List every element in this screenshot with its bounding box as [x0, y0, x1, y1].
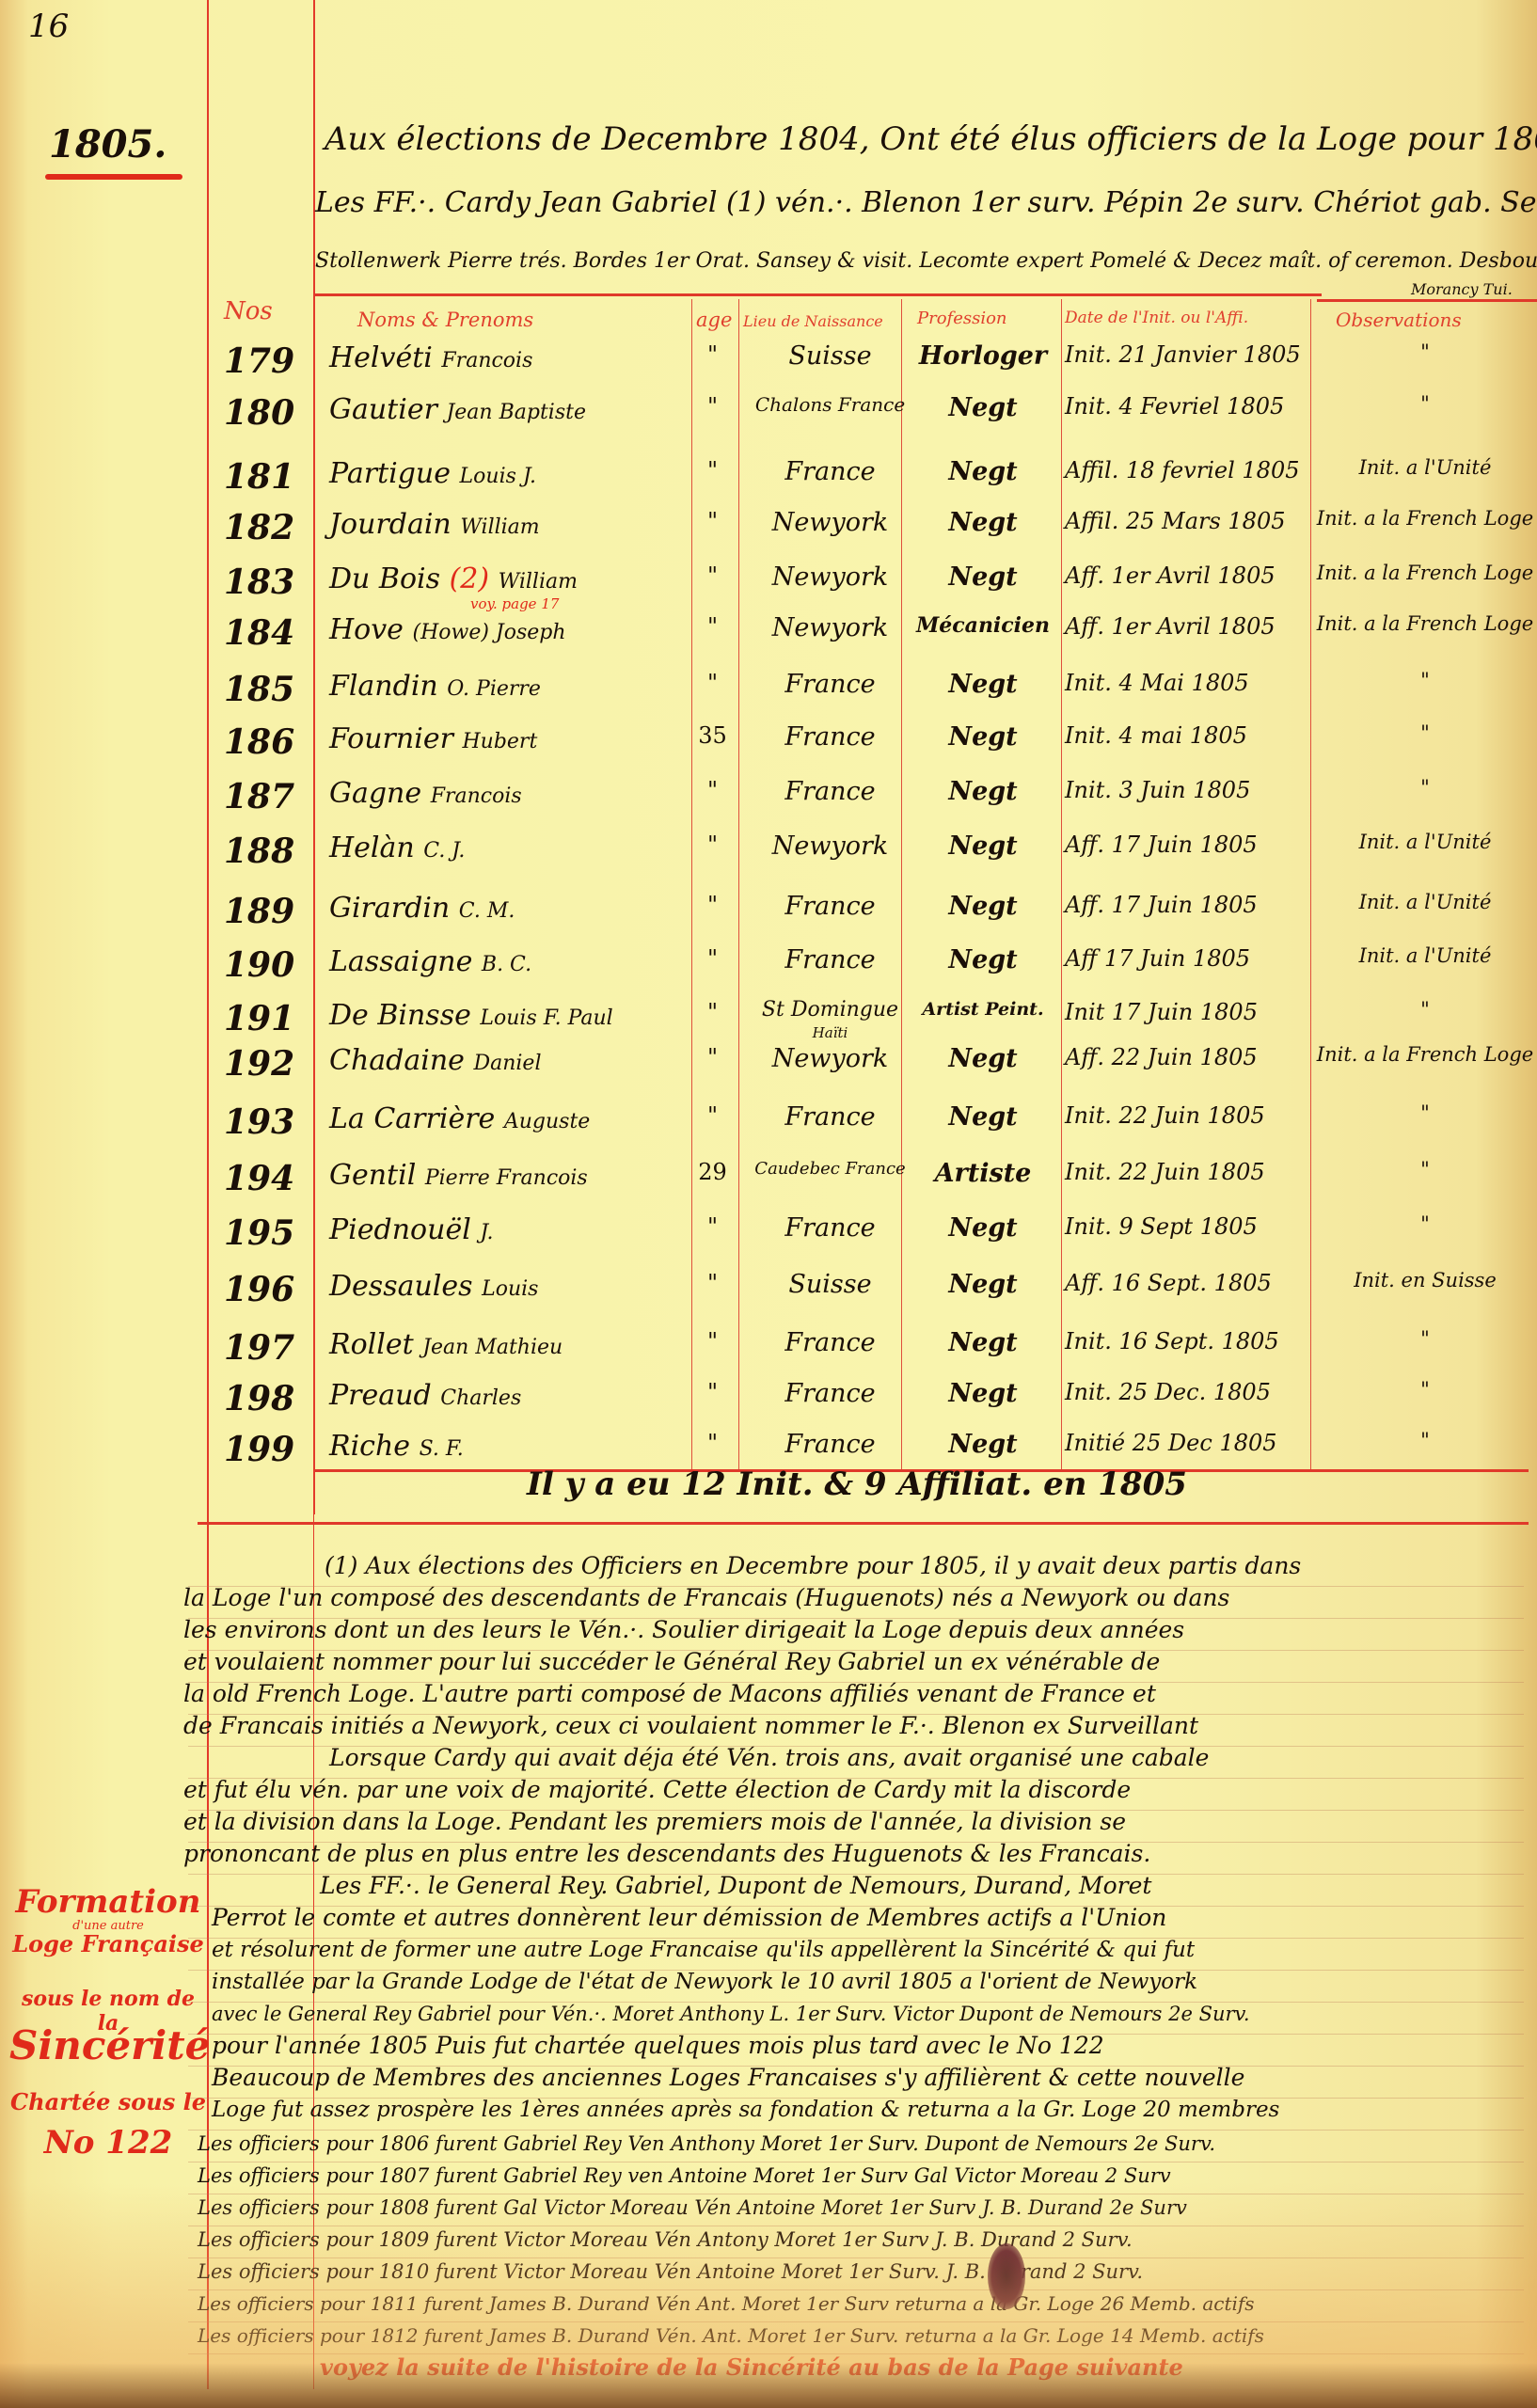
member-birthplace: Newyork	[748, 613, 912, 642]
member-observation: Init. en Suisse	[1313, 1270, 1537, 1291]
member-name: Piednouël J.	[329, 1213, 493, 1246]
member-number: 187	[224, 777, 309, 816]
member-birthplace: Suisse	[748, 1270, 912, 1299]
heading-line-3: Stollenwerk Pierre trés. Bordes 1er Orat…	[315, 249, 1537, 273]
margin-note-line: Formation	[9, 1883, 207, 1921]
member-number: 195	[224, 1213, 309, 1253]
member-number: 179	[224, 341, 309, 381]
member-birthplace: Suisse	[748, 341, 912, 371]
surname: Gentil	[329, 1159, 416, 1192]
member-profession: Horloger	[908, 341, 1058, 371]
member-date: Init. 4 mai 1805	[1065, 722, 1247, 749]
surname: Jourdain	[329, 508, 452, 541]
member-observation: "	[1313, 670, 1537, 690]
surname: Hove	[329, 613, 404, 646]
officers-line-1807: Les officiers pour 1807 furent Gabriel R…	[198, 2160, 1537, 2192]
member-observation: Init. a la French Loge	[1313, 1044, 1537, 1065]
table-top-rule-right	[1317, 299, 1537, 302]
member-number: 181	[224, 457, 309, 497]
member-observation: "	[1313, 777, 1537, 798]
heading-line-2: Les FF.·. Cardy Jean Gabriel (1) vén.·. …	[315, 186, 1537, 219]
member-profession: Negt	[908, 562, 1058, 592]
member-age: "	[691, 945, 734, 972]
given-name: Daniel	[473, 1052, 541, 1075]
member-name: Chadaine Daniel	[329, 1044, 541, 1077]
footnote-line: Beaucoup de Membres des anciennes Loges …	[212, 2062, 1537, 2094]
member-observation: "	[1313, 1430, 1537, 1450]
page-number: 16	[28, 8, 69, 45]
member-age: "	[691, 613, 734, 640]
table-row: 179 Helvéti Francois " Suisse Horloger I…	[207, 341, 1537, 388]
given-name: Louis J.	[460, 465, 536, 488]
member-birthplace: St DomingueHaïti	[748, 999, 912, 1044]
birthplace-sub: Haïti	[748, 1022, 912, 1044]
ledger-page: 16 1805. Aux élections de Decembre 1804,…	[0, 0, 1537, 2408]
member-number: 182	[224, 508, 309, 547]
member-name: Dessaules Louis	[329, 1270, 538, 1303]
given-name: (Howe) Joseph	[412, 621, 565, 644]
table-row: 181 Partigue Louis J. " France Negt Affi…	[207, 457, 1537, 504]
given-name: Francois	[431, 784, 522, 808]
member-name: Preaud Charles	[329, 1379, 521, 1412]
member-birthplace: France	[748, 1213, 912, 1243]
year-underline	[45, 174, 182, 180]
surname: Helvéti	[329, 341, 433, 374]
member-number: 191	[224, 999, 309, 1038]
member-date: Aff. 17 Juin 1805	[1065, 832, 1258, 858]
given-name: William	[460, 515, 539, 539]
member-age: 35	[691, 722, 734, 749]
member-profession: Negt	[908, 508, 1058, 537]
member-profession: Negt	[908, 722, 1058, 752]
surname: Rollet	[329, 1328, 414, 1361]
member-date: Aff. 17 Juin 1805	[1065, 892, 1258, 918]
member-name: Hove (Howe) Joseph	[329, 613, 566, 646]
table-row: 196 Dessaules Louis " Suisse Negt Aff. 1…	[207, 1270, 1537, 1317]
given-name: J.	[480, 1221, 493, 1244]
member-number: 186	[224, 722, 309, 762]
table-row: 195 Piednouël J. " France Negt Init. 9 S…	[207, 1213, 1537, 1260]
given-name: Francois	[441, 349, 532, 372]
footnote-line: de Francais initiés a Newyork, ceux ci v…	[183, 1710, 1529, 1742]
member-birthplace: Newyork	[748, 508, 912, 537]
member-observation: Init. a l'Unité	[1313, 832, 1537, 852]
member-name: Helàn C. J.	[329, 832, 465, 864]
member-profession: Negt	[908, 457, 1058, 486]
member-date: Affil. 25 Mars 1805	[1065, 508, 1286, 534]
member-age: 29	[691, 1159, 734, 1185]
member-date: Aff. 1er Avril 1805	[1065, 562, 1276, 589]
table-row: 193 La Carrière Auguste " France Negt In…	[207, 1102, 1537, 1149]
continuation-note: voyez la suite de l'histoire de la Sincé…	[320, 2352, 1537, 2384]
margin-note-charter-number: No 122	[9, 2124, 207, 2162]
member-age: "	[691, 892, 734, 918]
member-profession: Negt	[908, 670, 1058, 699]
member-birthplace: Newyork	[748, 562, 912, 592]
member-observation: "	[1313, 1159, 1537, 1180]
footnote-line: et résolurent de former une autre Loge F…	[212, 1934, 1537, 1966]
member-observation: "	[1313, 341, 1537, 362]
member-number: 194	[224, 1159, 309, 1198]
member-age: "	[691, 457, 734, 483]
table-top-rule	[315, 293, 1322, 296]
given-name: Hubert	[462, 730, 537, 753]
surname: Gautier	[329, 393, 437, 426]
member-observation: Init. a la French Loge	[1313, 562, 1537, 583]
member-observation: "	[1313, 1379, 1537, 1400]
given-name: B. C.	[482, 953, 531, 976]
given-name: C. M.	[459, 899, 515, 923]
member-age: "	[691, 1102, 734, 1129]
table-row: 188 Helàn C. J. " Newyork Negt Aff. 17 J…	[207, 832, 1537, 879]
member-name: Lassaigne B. C.	[329, 945, 531, 978]
member-age: "	[691, 508, 734, 534]
table-row: 183 Du Bois (2) Williamvoy. page 17 " Ne…	[207, 562, 1537, 610]
member-observation: "	[1313, 722, 1537, 743]
member-age: "	[691, 832, 734, 858]
member-date: Init. 22 Juin 1805	[1065, 1102, 1265, 1129]
footnote-line: installée par la Grande Lodge de l'état …	[212, 1966, 1537, 1998]
member-birthplace: France	[748, 1328, 912, 1357]
member-number: 190	[224, 945, 309, 985]
surname: Girardin	[329, 892, 450, 925]
table-row: 190 Lassaigne B. C. " France Negt Aff 17…	[207, 945, 1537, 992]
member-age: "	[691, 670, 734, 696]
col-header-names: Noms & Prenoms	[357, 309, 533, 331]
member-date: Aff 17 Juin 1805	[1065, 945, 1250, 972]
col-header-observations: Observations	[1336, 309, 1462, 331]
heading-line-1: Aux élections de Decembre 1804, Ont été …	[325, 120, 1537, 158]
given-name: Jean Baptiste	[446, 401, 586, 424]
surname: Partigue	[329, 457, 451, 490]
surname: Fournier	[329, 722, 453, 755]
footnote-line: et voulaient nommer pour lui succéder le…	[183, 1646, 1529, 1678]
member-date: Affil. 18 fevriel 1805	[1065, 457, 1300, 483]
member-birthplace: Newyork	[748, 832, 912, 861]
footnote-line: pour l'année 1805 Puis fut chartée quelq…	[212, 2030, 1537, 2062]
given-name: Louis	[482, 1277, 538, 1301]
heading-line-3-extra: Morancy Tui.	[1411, 280, 1513, 298]
footnote-line: prononcant de plus en plus entre les des…	[183, 1838, 1529, 1870]
officers-line-1811: Les officiers pour 1811 furent James B. …	[198, 2288, 1537, 2320]
member-profession: Negt	[908, 777, 1058, 806]
member-profession: Negt	[908, 1044, 1058, 1073]
member-number: 196	[224, 1270, 309, 1309]
member-date: Initié 25 Dec 1805	[1065, 1430, 1277, 1456]
member-number: 185	[224, 670, 309, 709]
footnote-line: et la division dans la Loge. Pendant les…	[183, 1806, 1529, 1838]
member-profession: Negt	[908, 1270, 1058, 1299]
member-name: Rollet Jean Mathieu	[329, 1328, 563, 1361]
member-profession: Negt	[908, 1379, 1058, 1408]
given-name: Charles	[440, 1386, 521, 1410]
member-observation: "	[1313, 1328, 1537, 1349]
member-date: Aff. 22 Juin 1805	[1065, 1044, 1258, 1070]
surname: Preaud	[329, 1379, 432, 1412]
member-profession: Negt	[908, 832, 1058, 861]
member-observation: Init. a la French Loge	[1313, 508, 1537, 529]
member-profession: Artist Peint.	[908, 999, 1058, 1020]
table-row: 191 De Binsse Louis F. Paul " St Domingu…	[207, 999, 1537, 1046]
summary-bottom-rule	[198, 1522, 1529, 1525]
surname: Helàn	[329, 832, 415, 864]
given-name: Jean Mathieu	[422, 1336, 563, 1359]
footnote-line: avec le General Rey Gabriel pour Vén.·. …	[212, 1998, 1537, 2030]
member-name: De Binsse Louis F. Paul	[329, 999, 613, 1032]
member-observation: "	[1313, 1213, 1537, 1234]
member-date: Init. 22 Juin 1805	[1065, 1159, 1265, 1185]
member-name: Flandin O. Pierre	[329, 670, 541, 703]
table-row: 198 Preaud Charles " France Negt Init. 2…	[207, 1379, 1537, 1426]
member-profession: Artiste	[908, 1159, 1058, 1188]
table-row: 184 Hove (Howe) Joseph " Newyork Mécanic…	[207, 613, 1537, 660]
member-observation: "	[1313, 1102, 1537, 1123]
surname: Riche	[329, 1430, 410, 1463]
table-row: 197 Rollet Jean Mathieu " France Negt In…	[207, 1328, 1537, 1375]
given-name: William	[499, 570, 578, 594]
table-row: 180 Gautier Jean Baptiste " Chalons Fran…	[207, 393, 1537, 440]
surname: Dessaules	[329, 1270, 473, 1303]
member-date: Init. 25 Dec. 1805	[1065, 1379, 1271, 1405]
member-number: 193	[224, 1102, 309, 1142]
member-birthplace: France	[748, 1430, 912, 1459]
col-header-birthplace: Lieu de Naissance	[743, 312, 883, 330]
member-number: 188	[224, 832, 309, 871]
member-age: "	[691, 1328, 734, 1354]
table-row: 189 Girardin C. M. " France Negt Aff. 17…	[207, 892, 1537, 939]
given-name: S. F.	[420, 1437, 464, 1461]
col-header-profession: Profession	[917, 309, 1007, 328]
surname: La Carrière	[329, 1102, 495, 1135]
member-profession: Negt	[908, 393, 1058, 422]
member-number: 197	[224, 1328, 309, 1368]
member-birthplace: France	[748, 892, 912, 921]
footnote-line: Loge fut assez prospère les 1ères années…	[212, 2094, 1537, 2126]
member-age: "	[691, 1044, 734, 1070]
member-profession: Negt	[908, 1430, 1058, 1459]
table-row: 194 Gentil Pierre Francois 29 Caudebec F…	[207, 1159, 1537, 1206]
page-reference: voy. page 17	[470, 595, 578, 612]
member-name: Gentil Pierre Francois	[329, 1159, 588, 1192]
member-name: Riche S. F.	[329, 1430, 464, 1463]
member-age: "	[691, 1213, 734, 1240]
member-birthplace: France	[748, 722, 912, 752]
member-observation: "	[1313, 999, 1537, 1020]
member-birthplace: France	[748, 1102, 912, 1132]
member-age: "	[691, 1430, 734, 1456]
member-date: Init. 4 Mai 1805	[1065, 670, 1249, 696]
member-birthplace: France	[748, 457, 912, 486]
officers-line-1809: Les officiers pour 1809 furent Victor Mo…	[198, 2224, 1537, 2256]
margin-note-name: Sincérité	[9, 2022, 207, 2068]
given-name: Pierre Francois	[425, 1166, 588, 1190]
officers-line-1808: Les officiers pour 1808 furent Gal Victo…	[198, 2192, 1537, 2224]
member-number: 198	[224, 1379, 309, 1418]
member-profession: Mécanicien	[908, 613, 1058, 638]
member-number: 183	[224, 562, 309, 602]
margin-note-line: Chartée sous le	[9, 2088, 207, 2115]
surname: Flandin	[329, 670, 438, 703]
member-name: Girardin C. M.	[329, 892, 515, 925]
footnote-line: (1) Aux élections des Officiers en Decem…	[325, 1550, 1537, 1582]
member-name: Fournier Hubert	[329, 722, 537, 755]
member-birthplace: Chalons France	[748, 393, 912, 416]
surname: Gagne	[329, 777, 421, 810]
member-birthplace: France	[748, 670, 912, 699]
given-name: O. Pierre	[447, 677, 541, 701]
member-observation: Init. a l'Unité	[1313, 892, 1537, 912]
member-name: Helvéti Francois	[329, 341, 532, 374]
member-date: Init. 16 Sept. 1805	[1065, 1328, 1279, 1354]
member-age: "	[691, 1379, 734, 1405]
member-age: "	[691, 999, 734, 1025]
member-observation: "	[1313, 393, 1537, 414]
surname: Chadaine	[329, 1044, 465, 1077]
member-number: 180	[224, 393, 309, 433]
member-name: Du Bois (2) Williamvoy. page 17	[329, 562, 578, 612]
member-name: La Carrière Auguste	[329, 1102, 590, 1135]
member-profession: Negt	[908, 1102, 1058, 1132]
officers-line-1806: Les officiers pour 1806 furent Gabriel R…	[198, 2128, 1537, 2160]
member-birthplace: Newyork	[748, 1044, 912, 1073]
member-age: "	[691, 393, 734, 420]
table-row: 186 Fournier Hubert 35 France Negt Init.…	[207, 722, 1537, 769]
member-name: Gagne Francois	[329, 777, 522, 810]
birthplace-main: St Domingue	[762, 998, 898, 1022]
footnote-line: Les FF.·. le General Rey. Gabriel, Dupon…	[320, 1870, 1537, 1902]
footnote-line: la old French Loge. L'autre parti compos…	[183, 1678, 1529, 1710]
member-number: 184	[224, 613, 309, 653]
given-name: Auguste	[504, 1110, 590, 1133]
table-row: 182 Jourdain William " Newyork Negt Affi…	[207, 508, 1537, 555]
yearly-summary: Il y a eu 12 Init. & 9 Affiliat. en 1805	[527, 1465, 1187, 1503]
member-observation: Init. a l'Unité	[1313, 945, 1537, 966]
footnote-line: Perrot le comte et autres donnèrent leur…	[212, 1902, 1537, 1934]
member-age: "	[691, 1270, 734, 1296]
ink-stain	[988, 2243, 1025, 2309]
member-observation: Init. a la French Loge	[1313, 613, 1537, 634]
member-observation: Init. a l'Unité	[1313, 457, 1537, 478]
member-age: "	[691, 777, 734, 803]
member-age: "	[691, 562, 734, 589]
col-header-date: Date de l'Init. ou l'Affi.	[1065, 309, 1248, 327]
member-profession: Negt	[908, 892, 1058, 921]
member-profession: Negt	[908, 1213, 1058, 1243]
surname: Piednouël	[329, 1213, 471, 1246]
table-row: 192 Chadaine Daniel " Newyork Negt Aff. …	[207, 1044, 1537, 1091]
member-date: Init. 9 Sept 1805	[1065, 1213, 1258, 1240]
table-row: 187 Gagne Francois " France Negt Init. 3…	[207, 777, 1537, 824]
footnote-marker: (2)	[450, 562, 490, 595]
member-name: Partigue Louis J.	[329, 457, 536, 490]
footnote-line: la Loge l'un composé des descendants de …	[183, 1582, 1529, 1614]
member-name: Jourdain William	[329, 508, 540, 541]
footnote-line: Lorsque Cardy qui avait déja été Vén. tr…	[329, 1742, 1537, 1774]
surname: Du Bois	[329, 562, 440, 595]
member-date: Init 17 Juin 1805	[1065, 999, 1258, 1025]
member-birthplace: Caudebec France	[748, 1159, 912, 1179]
member-date: Init. 21 Janvier 1805	[1065, 341, 1301, 368]
member-name: Gautier Jean Baptiste	[329, 393, 586, 426]
member-date: Init. 4 Fevriel 1805	[1065, 393, 1284, 420]
surname: Lassaigne	[329, 945, 472, 978]
member-date: Init. 3 Juin 1805	[1065, 777, 1250, 803]
footnote-line: les environs dont un des leurs le Vén.·.…	[183, 1614, 1529, 1646]
member-birthplace: France	[748, 1379, 912, 1408]
member-birthplace: France	[748, 777, 912, 806]
member-date: Aff. 16 Sept. 1805	[1065, 1270, 1272, 1296]
officers-line-1810: Les officiers pour 1810 furent Victor Mo…	[198, 2256, 1537, 2288]
footnote-line: et fut élu vén. par une voix de majorité…	[183, 1774, 1529, 1806]
member-number: 199	[224, 1430, 309, 1469]
col-header-age: age	[696, 309, 732, 331]
officers-line-1812: Les officiers pour 1812 furent James B. …	[198, 2320, 1537, 2352]
given-name: Louis F. Paul	[480, 1006, 612, 1030]
member-age: "	[691, 341, 734, 368]
margin-note-line: Loge Française	[9, 1930, 207, 1957]
member-profession: Negt	[908, 945, 1058, 974]
year-label: 1805.	[49, 122, 166, 166]
surname: De Binsse	[329, 999, 471, 1032]
member-number: 189	[224, 892, 309, 931]
member-birthplace: France	[748, 945, 912, 974]
member-profession: Negt	[908, 1328, 1058, 1357]
member-number: 192	[224, 1044, 309, 1084]
given-name: C. J.	[423, 839, 465, 863]
member-date: Aff. 1er Avril 1805	[1065, 613, 1276, 640]
col-header-number: Nos	[224, 297, 273, 325]
table-row: 185 Flandin O. Pierre " France Negt Init…	[207, 670, 1537, 717]
